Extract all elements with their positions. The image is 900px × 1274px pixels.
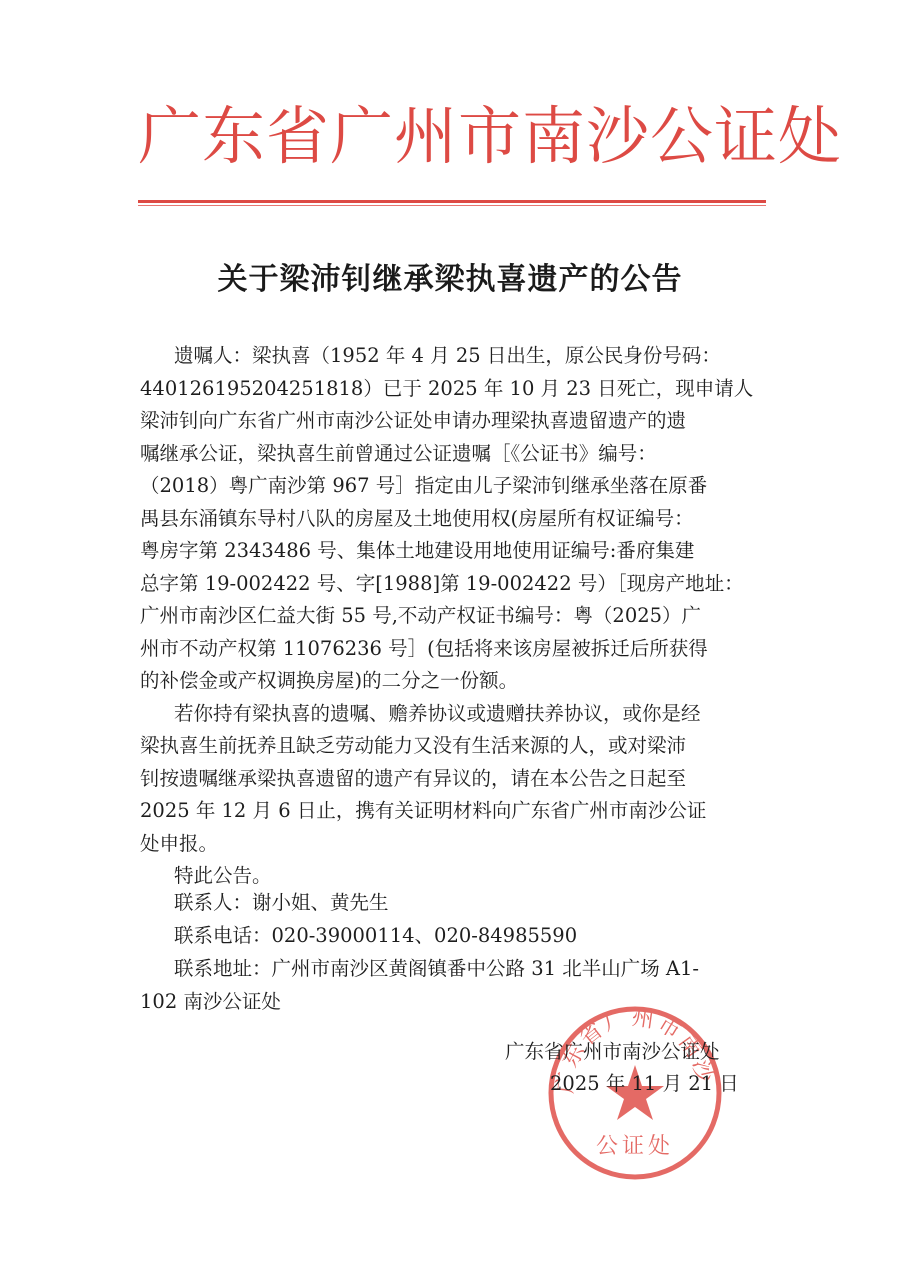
- letterhead-org-name: 广东省广州市南沙公证处: [138, 92, 770, 182]
- body-line: 嘱继承公证，梁执喜生前曾通过公证遗嘱［《公证书》编号：: [140, 438, 780, 471]
- body-line: 广州市南沙区仁益大街 55 号,不动产权证书编号：粤（2025）广: [140, 600, 780, 633]
- body-line: 的补偿金或产权调换房屋)的二分之一份额。: [140, 665, 780, 698]
- body-line: 遗嘱人：梁执喜（1952 年 4 月 25 日出生，原公民身份号码：: [140, 340, 780, 373]
- document-title: 关于梁沛钊继承梁执喜遗产的公告: [0, 254, 900, 298]
- signature-org: 广东省广州市南沙公证处: [505, 1036, 765, 1068]
- paragraph-2: 若你持有梁执喜的遗嘱、赡养协议或遗赠扶养协议，或你是经 梁执喜生前抚养且缺乏劳动…: [140, 698, 780, 861]
- seal-bottom-text: 公证处: [596, 1134, 674, 1159]
- paragraph-1: 遗嘱人：梁执喜（1952 年 4 月 25 日出生，原公民身份号码： 44012…: [140, 340, 780, 698]
- body-line: 若你持有梁执喜的遗嘱、赡养协议或遗赠扶养协议，或你是经: [140, 698, 780, 731]
- contact-address: 联系地址：广州市南沙区黄阁镇番中公路 31 北半山广场 A1-: [140, 952, 800, 985]
- body-line: 梁沛钊向广东省广州市南沙公证处申请办理梁执喜遗留遗产的遗: [140, 405, 780, 438]
- body-line: 州市不动产权第 11076236 号］(包括将来该房屋被拆迁后所获得: [140, 633, 780, 666]
- signature-block: 广东省广州市南沙公证处 2025 年 11 月 21 日: [505, 1036, 765, 1100]
- body-line: 2025 年 12 月 6 日止，携有关证明材料向广东省广州市南沙公证: [140, 795, 780, 828]
- contact-person: 联系人：谢小姐、黄先生: [140, 886, 800, 919]
- body-line: 总字第 19-002422 号、字[1988]第 19-002422 号）［现房…: [140, 568, 780, 601]
- document-body: 遗嘱人：梁执喜（1952 年 4 月 25 日出生，原公民身份号码： 44012…: [140, 340, 780, 893]
- body-line: 粤房字第 2343486 号、集体土地建设用地使用证编号:番府集建: [140, 535, 780, 568]
- signature-date: 2025 年 11 月 21 日: [505, 1068, 765, 1100]
- body-line: 处申报。: [140, 828, 780, 861]
- body-line: （2018）粤广南沙第 967 号］指定由儿子梁沛钊继承坐落在原番: [140, 470, 780, 503]
- letterhead-rule-thin: [138, 205, 766, 206]
- contact-phone: 联系电话：020-39000114、020-84985590: [140, 919, 800, 952]
- contact-block: 联系人：谢小姐、黄先生 联系电话：020-39000114、020-849855…: [140, 886, 800, 1018]
- body-line: 440126195204251818）已于 2025 年 10 月 23 日死亡…: [140, 373, 780, 406]
- body-line: 梁执喜生前抚养且缺乏劳动能力又没有生活来源的人，或对梁沛: [140, 730, 780, 763]
- body-line: 钊按遗嘱继承梁执喜遗留的遗产有异议的，请在本公告之日起至: [140, 763, 780, 796]
- body-line: 禺县东涌镇东导村八队的房屋及土地使用权(房屋所有权证编号：: [140, 503, 780, 536]
- letterhead-rule-thick: [138, 200, 766, 203]
